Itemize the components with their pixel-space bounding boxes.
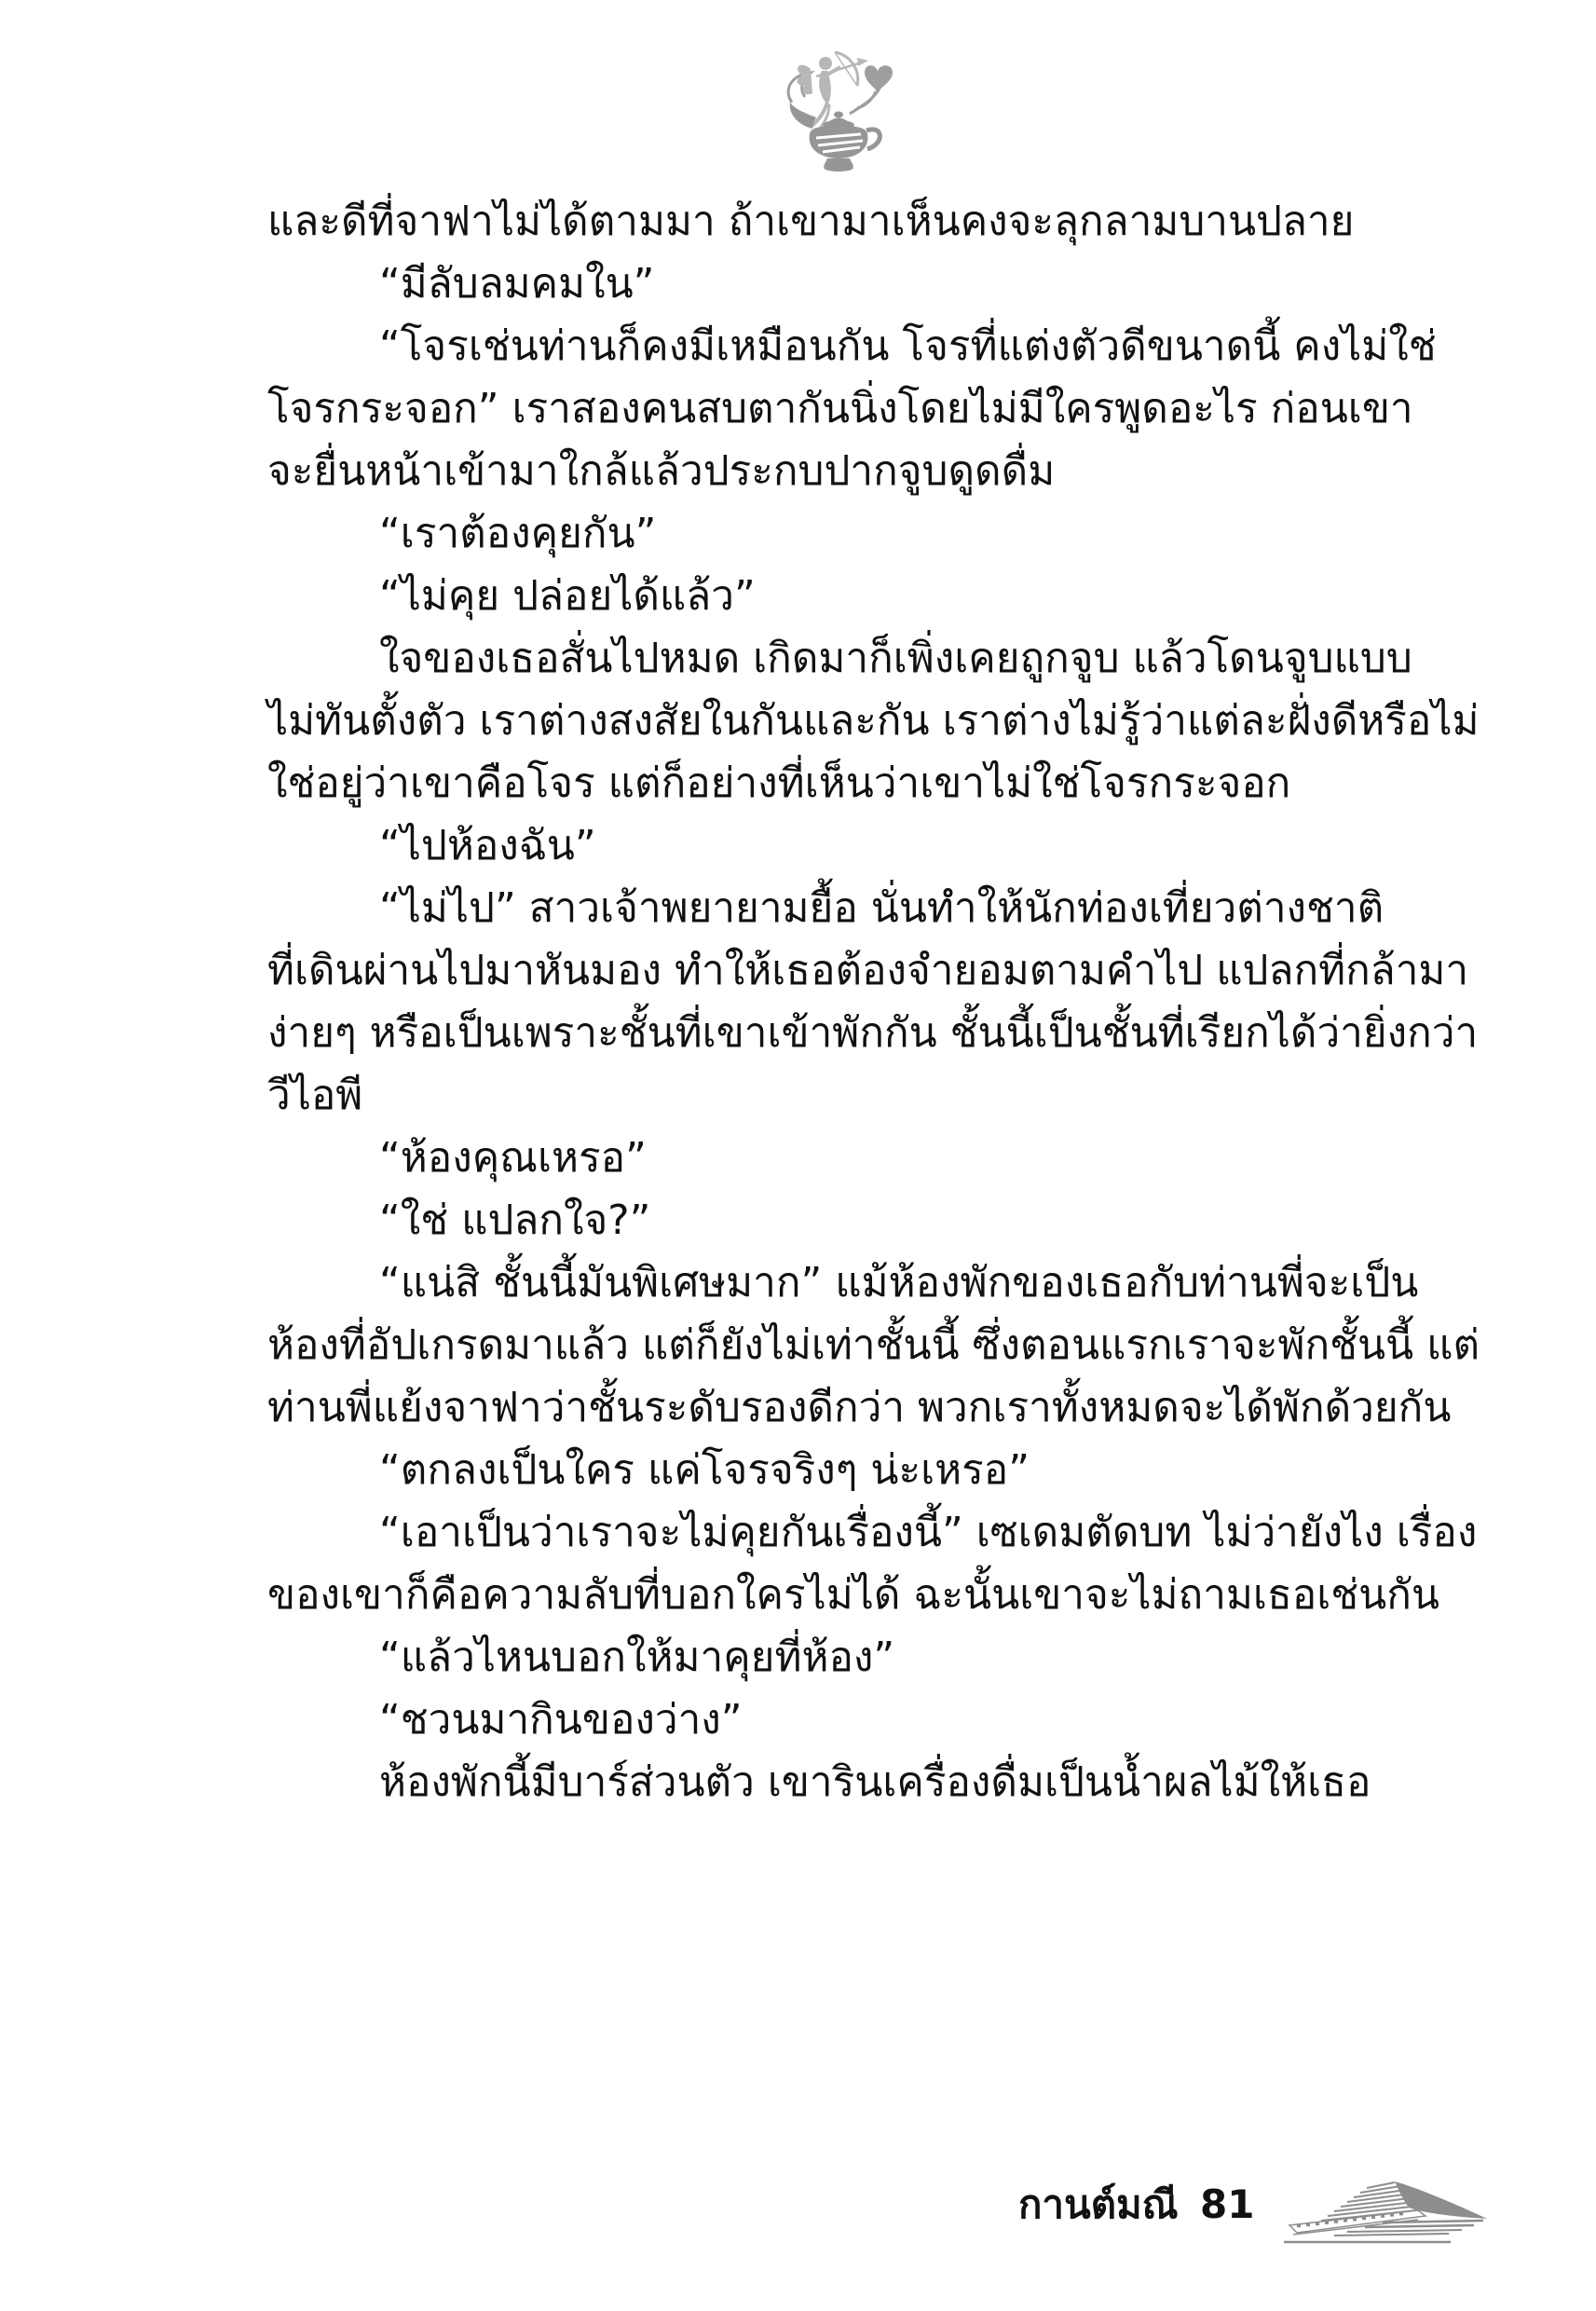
text-line: ใช่อยู่ว่าเขาคือโจร แต่ก็อย่างที่เห็นว่า… (267, 752, 1443, 814)
text-line: “แน่สิ ชั้นนี้มันพิเศษมาก” แม้ห้องพักของ… (267, 1251, 1443, 1314)
text-line: “มีลับลมคมใน” (267, 253, 1443, 315)
text-line: “ใช่ แปลกใจ?” (267, 1189, 1443, 1251)
text-line: วีไอพี (267, 1064, 1443, 1127)
text-line: “โจรเช่นท่านก็คงมีเหมือนกัน โจรที่แต่งตั… (267, 315, 1443, 377)
text-line: “ตกลงเป็นใคร แค่โจรจริงๆ น่ะเหรอ” (267, 1439, 1443, 1501)
text-line: ใจของเธอสั่นไปหมด เกิดมาก็เพิ่งเคยถูกจูบ… (267, 627, 1443, 690)
genie-lamp (790, 103, 880, 171)
text-line: ง่ายๆ หรือเป็นเพราะชั้นที่เขาเข้าพักกัน … (267, 1002, 1443, 1064)
text-line: จะยื่นหน้าเข้ามาใกล้แล้วประกบปากจูบดูดดื… (267, 440, 1443, 502)
text-line: “ห้องคุณเหรอ” (267, 1127, 1443, 1189)
text-line: ไม่ทันตั้งตัว เราต่างสงสัยในกันและกัน เร… (267, 690, 1443, 752)
genie-lamp-cupid-ornament (779, 48, 900, 174)
text-line: ห้องที่อัปเกรดมาแล้ว แต่ก็ยังไม่เท่าชั้น… (267, 1314, 1443, 1376)
text-line: ของเขาก็คือความลับที่บอกใครไม่ได้ ฉะนั้น… (267, 1564, 1443, 1626)
text-line: “ไม่ไป” สาวเจ้าพยายามยื้อ นั่นทำให้นักท่… (267, 877, 1443, 939)
footer-book-title: กานต์มณี (1018, 2177, 1179, 2233)
text-line: “แล้วไหนบอกให้มาคุยที่ห้อง” (267, 1626, 1443, 1689)
text-line: “เราต้องคุยกัน” (267, 502, 1443, 565)
text-line: ห้องพักนี้มีบาร์ส่วนตัว เขารินเครื่องดื่… (267, 1751, 1443, 1813)
text-line: “ไม่คุย ปล่อยได้แล้ว” (267, 565, 1443, 627)
book-page: และดีที่จาฟาไม่ได้ตามมา ถ้าเขามาเห็นคงจะ… (0, 0, 1596, 2311)
text-line: “ไปห้องฉัน” (267, 814, 1443, 877)
text-line: “เอาเป็นว่าเราจะไม่คุยกันเรื่องนี้” เซเด… (267, 1501, 1443, 1564)
text-line: และดีที่จาฟาไม่ได้ตามมา ถ้าเขามาเห็นคงจะ… (267, 190, 1443, 253)
text-line: ที่เดินผ่านไปมาหันมอง ทำให้เธอต้องจำยอมต… (267, 939, 1443, 1002)
text-line: “ชวนมากินของว่าง” (267, 1689, 1443, 1751)
text-line: ท่านพี่แย้งจาฟาว่าชั้นระดับรองดีกว่า พวก… (267, 1376, 1443, 1439)
heart-shape (857, 65, 893, 108)
page-number: 81 (1200, 2177, 1254, 2233)
body-text: และดีที่จาฟาไม่ได้ตามมา ถ้าเขามาเห็นคงจะ… (267, 190, 1443, 1813)
cruise-ship-icon (1278, 2167, 1511, 2247)
text-line: โจรกระจอก” เราสองคนสบตากันนิ่งโดยไม่มีใค… (267, 377, 1443, 440)
